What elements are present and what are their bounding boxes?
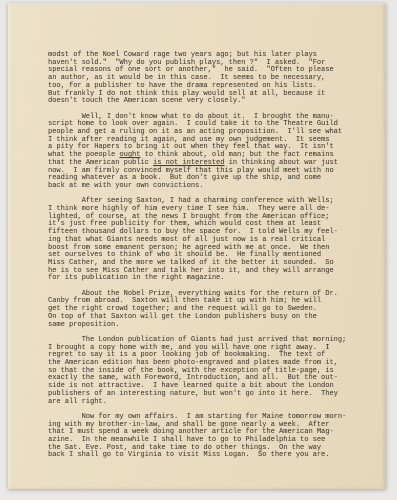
paragraph-3: After seeing Saxton, I had a charming co… bbox=[48, 198, 362, 283]
paragraph-2: Well, I don't know what to do about it. … bbox=[48, 114, 362, 191]
letter-page: modst of the Noel Coward rage two years … bbox=[8, 3, 386, 489]
paragraph-5: The London publication of Giants had jus… bbox=[48, 337, 362, 406]
paragraph-4: About the Nobel Prize, everything waits … bbox=[48, 291, 362, 330]
paragraph-1: modst of the Noel Coward rage two years … bbox=[48, 52, 362, 106]
letter-body: modst of the Noel Coward rage two years … bbox=[48, 52, 362, 460]
paragraph-6: Now for my own affairs. I am starting fo… bbox=[48, 414, 362, 460]
photo-background: modst of the Noel Coward rage two years … bbox=[0, 0, 397, 500]
